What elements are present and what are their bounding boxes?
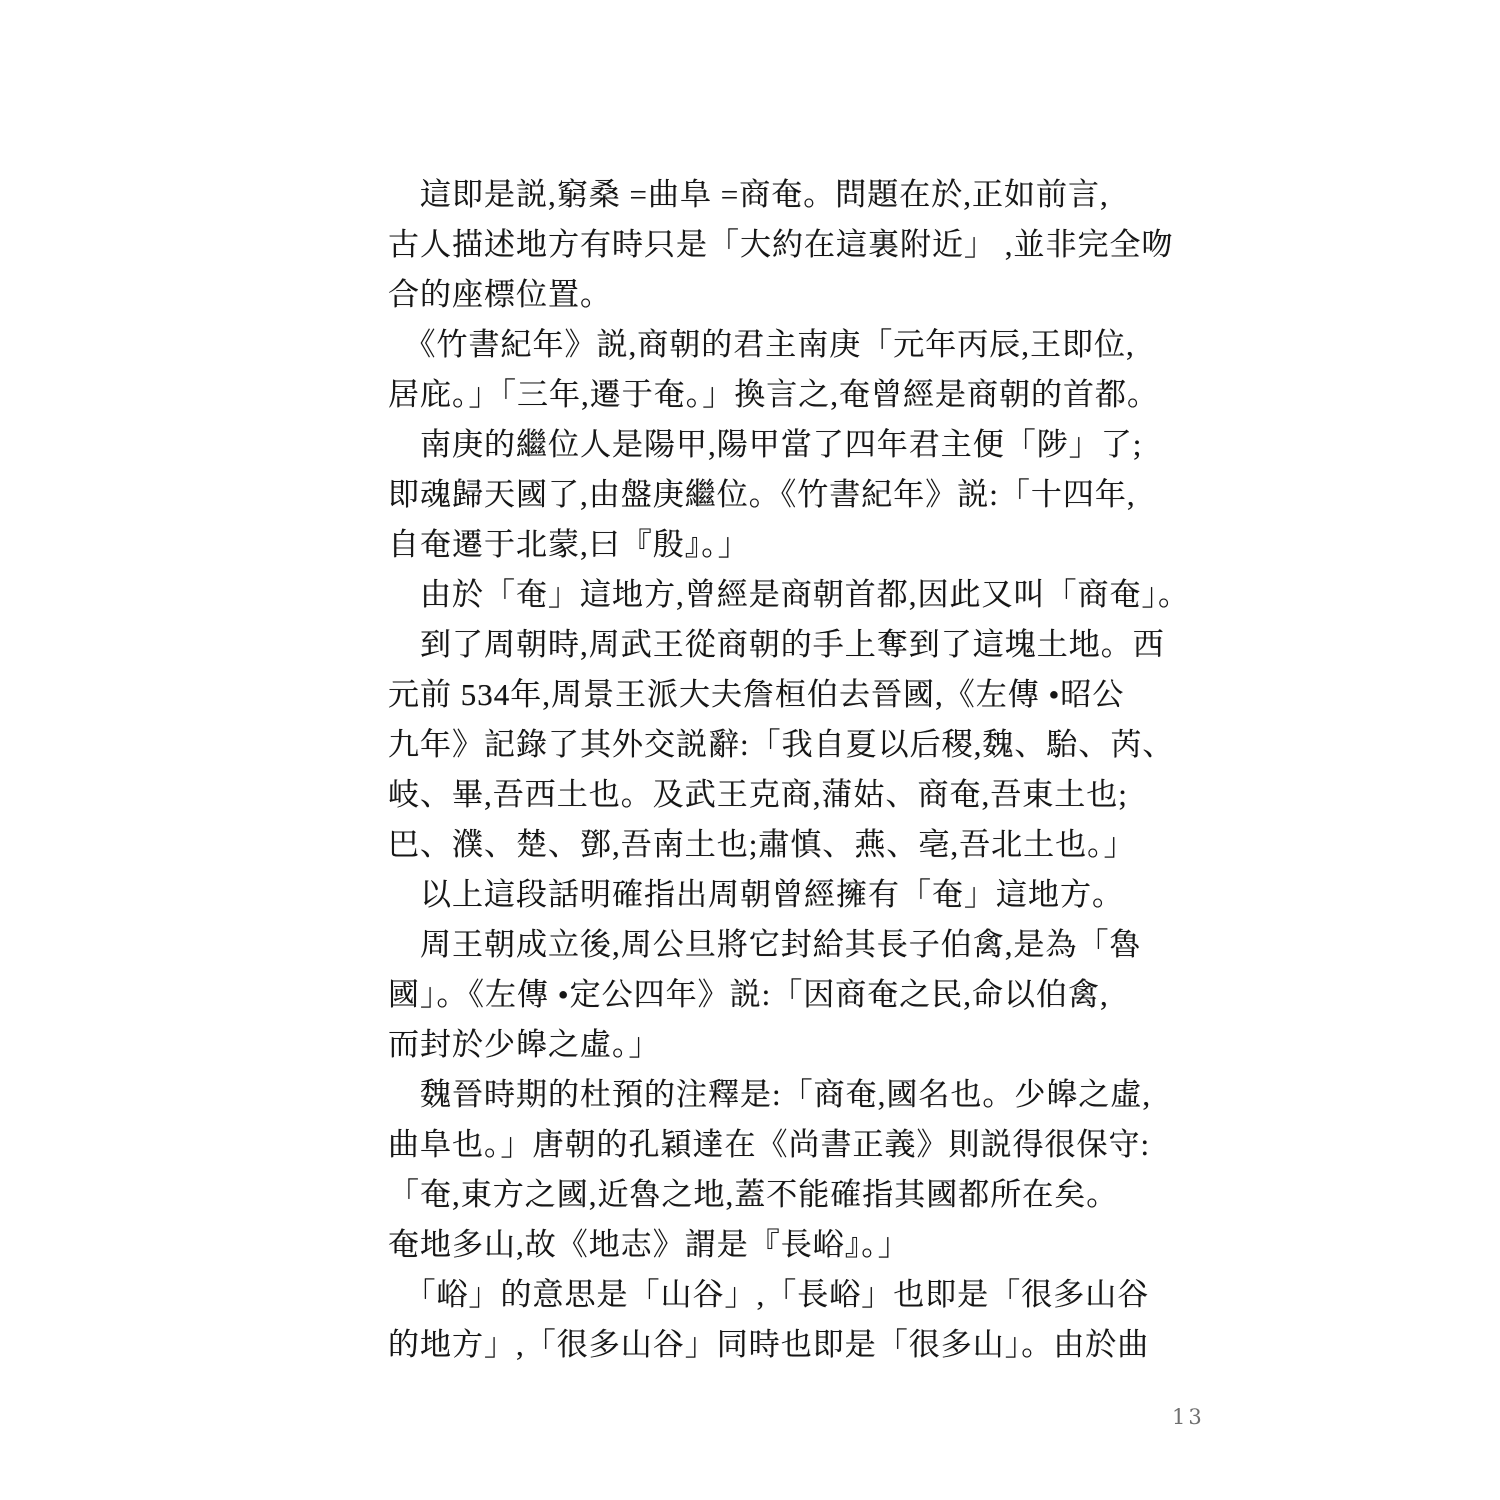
text-line: 合的座標位置。: [388, 270, 1160, 320]
text-line: 「奄,東方之國,近魯之地,蓋不能確指其國都所在矣。: [388, 1170, 1160, 1220]
text-line: 九年》記錄了其外交説辭:「我自夏以后稷,魏、駘、芮、: [388, 720, 1160, 770]
text-line: 「峪」的意思是「山谷」,「長峪」也即是「很多山谷: [388, 1270, 1160, 1320]
text-line: 南庚的繼位人是陽甲,陽甲當了四年君主便「陟」了;: [388, 420, 1160, 470]
text-line: 《竹書紀年》説,商朝的君主南庚「元年丙辰,王即位,: [388, 320, 1160, 370]
page-number: 13: [1172, 1402, 1205, 1432]
text-line: 以上這段話明確指出周朝曾經擁有「奄」這地方。: [388, 870, 1160, 920]
text-line: 的地方」,「很多山谷」同時也即是「很多山」。由於曲: [388, 1320, 1160, 1370]
body-text: 這即是説,窮桑 =曲阜 =商奄。問題在於,正如前言,古人描述地方有時只是「大約在…: [388, 170, 1160, 1370]
text-line: 自奄遷于北蒙,曰『殷』。」: [388, 520, 1160, 570]
text-line: 巴、濮、楚、鄧,吾南土也;肅慎、燕、亳,吾北土也。」: [388, 820, 1160, 870]
text-line: 即魂歸天國了,由盤庚繼位。《竹書紀年》説:「十四年,: [388, 470, 1160, 520]
text-line: 奄地多山,故《地志》謂是『長峪』。」: [388, 1220, 1160, 1270]
text-line: 古人描述地方有時只是「大約在這裏附近」 ,並非完全吻: [388, 220, 1160, 270]
text-line: 岐、畢,吾西土也。及武王克商,蒲姑、商奄,吾東土也;: [388, 770, 1160, 820]
text-line: 周王朝成立後,周公旦將它封給其長子伯禽,是為「魯: [388, 920, 1160, 970]
text-line: 這即是説,窮桑 =曲阜 =商奄。問題在於,正如前言,: [388, 170, 1160, 220]
text-line: 元前 534年,周景王派大夫詹桓伯去晉國,《左傳 •昭公: [388, 670, 1160, 720]
text-line: 國」。《左傳 •定公四年》説:「因商奄之民,命以伯禽,: [388, 970, 1160, 1020]
document-page: 這即是説,窮桑 =曲阜 =商奄。問題在於,正如前言,古人描述地方有時只是「大約在…: [0, 0, 1500, 1500]
text-line: 魏晉時期的杜預的注釋是:「商奄,國名也。少皞之虛,: [388, 1070, 1160, 1120]
text-line: 曲阜也。」唐朝的孔穎達在《尚書正義》則説得很保守:: [388, 1120, 1160, 1170]
text-line: 由於「奄」這地方,曾經是商朝首都,因此又叫「商奄」。: [388, 570, 1160, 620]
text-line: 到了周朝時,周武王從商朝的手上奪到了這塊土地。西: [388, 620, 1160, 670]
text-line: 而封於少皞之虛。」: [388, 1020, 1160, 1070]
text-line: 居庇。」「三年,遷于奄。」換言之,奄曾經是商朝的首都。: [388, 370, 1160, 420]
